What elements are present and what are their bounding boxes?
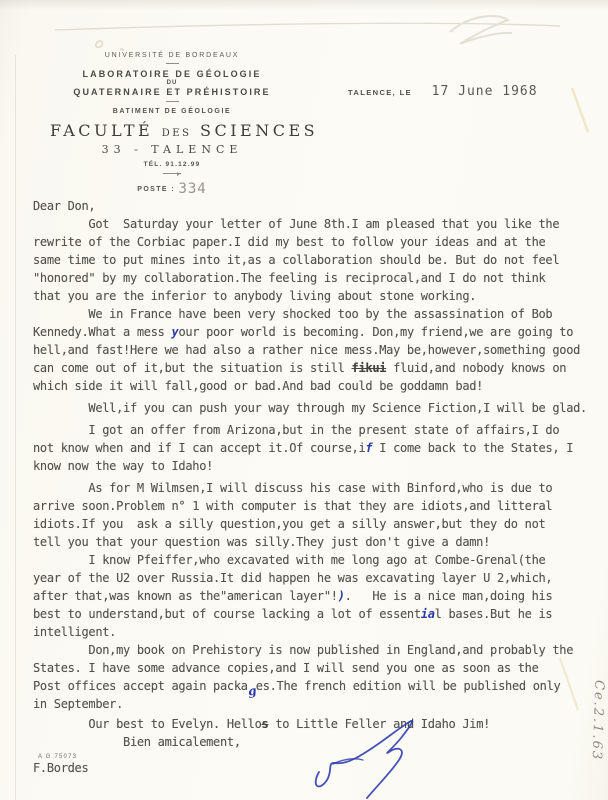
letter-paragraph: Got Saturday your letter of June 8th.I a…: [33, 215, 599, 305]
letter-line: Kennedy.What a mess your poor world is b…: [33, 323, 599, 341]
typed-text: after that,was known as the"american lay…: [33, 589, 338, 603]
dateline-date: 17 June 1968: [432, 84, 538, 99]
letter-line: "honored" by my collaboration.The feelin…: [33, 269, 599, 287]
letter-line: Don,my book on Prehistory is now publish…: [33, 641, 599, 659]
letter-line: hell,and fast!Here we had also a rather …: [33, 341, 599, 359]
letter-line: intelligent.: [33, 623, 599, 641]
typed-text: same time to put mines into it,as a coll…: [33, 253, 559, 267]
typed-text: Don,my book on Prehistory is now publish…: [33, 643, 573, 657]
letterhead-arrow-ornament: [163, 173, 181, 174]
letter-line: Got Saturday your letter of June 8th.I a…: [33, 215, 599, 233]
typed-text: rewrite of the Corbiac paper.I did my be…: [33, 235, 545, 249]
letter-line: Post offices accept again packages.The f…: [33, 677, 599, 695]
letter-line: best to understand,but of course lacking…: [33, 605, 599, 623]
letter-line: As for M Wilmsen,I will discuss his case…: [33, 479, 599, 497]
typed-text: Bien amicalement,: [33, 735, 241, 749]
typed-text: Dear Don,: [33, 199, 95, 213]
letter-body: Dear Don, Got Saturday your letter of Ju…: [33, 197, 599, 777]
letter-line: Well,if you can push your way through my…: [33, 399, 599, 417]
typed-text: can come out of it,but the situation is …: [33, 361, 352, 375]
letterhead-lab-line2: QUATERNAIRE ET PRÉHISTOIRE: [50, 87, 294, 97]
letter-paragraph: As for M Wilmsen,I will discuss his case…: [33, 479, 599, 551]
typed-text: We in France have been very shocked too …: [33, 307, 552, 321]
typed-text: I come back to the States, I: [372, 441, 573, 455]
typed-text: best to understand,but of course lacking…: [33, 607, 421, 621]
letterhead-poste: POSTE : 334: [50, 181, 294, 197]
letterhead-lab-line1: LABORATOIRE DE GÉOLOGIE: [50, 69, 294, 79]
letterhead: UNIVERSITÉ DE BORDEAUX LABORATOIRE DE GÉ…: [50, 52, 294, 197]
archive-mark: Ce.2.1.63: [589, 680, 607, 762]
typed-text: Got Saturday your letter of June 8th.I a…: [33, 217, 559, 231]
typed-text: "honored" by my collaboration.The feelin…: [33, 271, 545, 285]
letter-line: year of the U2 over Russia.It did happen…: [33, 569, 599, 587]
letter-paragraph: I know Pfeiffer,who excavated with me lo…: [33, 551, 599, 641]
letter-line: Dear Don,: [33, 197, 599, 215]
letter-line: can come out of it,but the situation is …: [33, 359, 599, 377]
letter-line: I know Pfeiffer,who excavated with me lo…: [33, 551, 599, 569]
ink-correction: ): [338, 589, 345, 603]
letter-paragraph: Don,my book on Prehistory is now publish…: [33, 641, 599, 713]
poste-label: POSTE :: [137, 186, 175, 193]
letter-paragraph: We in France have been very shocked too …: [33, 305, 599, 395]
typed-text: I got an offer from Arizona,but in the p…: [33, 423, 559, 437]
letter-line: tell you that your question was silly.Th…: [33, 533, 599, 551]
typed-text: hell,and fast!Here we had also a rather …: [33, 343, 580, 357]
typed-text: year of the U2 over Russia.It did happen…: [33, 571, 552, 585]
faculty-word-2: DES: [162, 128, 192, 139]
letterhead-faculty: FACULTÉ DES SCIENCES: [50, 121, 294, 140]
typed-text: States. I have some advance copies,and I…: [33, 661, 539, 675]
letterhead-tel: TÉL. 91.12.99: [50, 161, 294, 168]
typed-text: es.The french edition will be published …: [256, 679, 561, 693]
letter-line: know now the way to Idaho!: [33, 457, 599, 475]
letter-line: States. I have some advance copies,and I…: [33, 659, 599, 677]
printer-code: A G 75073: [38, 754, 77, 760]
struck-text: fikui: [352, 361, 387, 375]
letterhead-university: UNIVERSITÉ DE BORDEAUX: [50, 52, 294, 59]
letter-page: UNIVERSITÉ DE BORDEAUX LABORATOIRE DE GÉ…: [0, 0, 608, 800]
signature-ink: [303, 712, 433, 800]
typed-text: know now the way to Idaho!: [33, 459, 213, 473]
typed-text: . He is a nice man,doing his: [345, 589, 553, 603]
letter-paragraph: Well,if you can push your way through my…: [33, 399, 599, 417]
letter-paragraph: Dear Don,: [33, 197, 599, 215]
typed-text: not know when and if I can accept it.Of …: [33, 441, 365, 455]
letter-line: I got an offer from Arizona,but in the p…: [33, 421, 599, 439]
typed-text: idiots.If you ask a silly question,you g…: [33, 517, 545, 531]
letterhead-lab-du: DU: [50, 80, 294, 86]
typed-text: arrive soon.Problem n° 1 with computer i…: [33, 499, 552, 513]
letter-line: We in France have been very shocked too …: [33, 305, 599, 323]
typed-text: our poor world is becoming. Don,my frien…: [178, 325, 573, 339]
poste-number: 334: [178, 181, 206, 197]
typed-text: which side it will fall,good or bad.And …: [33, 379, 483, 393]
letterhead-building: BATIMENT DE GÉOLOGIE: [50, 108, 294, 115]
ink-correction: ia: [421, 607, 435, 621]
typed-text: Post offices accept again packa: [33, 679, 248, 693]
letter-line: after that,was known as the"american lay…: [33, 587, 599, 605]
letterhead-divider: [166, 101, 179, 102]
typed-text: fluid,and nobody knows on: [386, 361, 566, 375]
typed-text: F.Bordes: [33, 761, 88, 775]
letter-line: idiots.If you ask a silly question,you g…: [33, 515, 599, 533]
typed-text: Well,if you can push your way through my…: [33, 401, 587, 415]
letter-line: that you are the inferior to anybody liv…: [33, 287, 599, 305]
letter-line: arrive soon.Problem n° 1 with computer i…: [33, 497, 599, 515]
letterhead-city: 33 - TALENCE: [50, 143, 294, 156]
typed-text: I know Pfeiffer,who excavated with me lo…: [33, 553, 545, 567]
dateline: TALENCE, LE 17 June 1968: [348, 80, 538, 99]
typed-text: Our best to Evelyn. Hello: [33, 717, 262, 731]
typed-text: As for M Wilmsen,I will discuss his case…: [33, 481, 552, 495]
letter-line: which side it will fall,good or bad.And …: [33, 377, 599, 395]
typed-text: in September.: [33, 697, 123, 711]
faculty-word-1: FACULTÉ: [50, 121, 153, 140]
letter-line: rewrite of the Corbiac paper.I did my be…: [33, 233, 599, 251]
letter-paragraph: I got an offer from Arizona,but in the p…: [33, 421, 599, 475]
letter-line: same time to put mines into it,as a coll…: [33, 251, 599, 269]
faculty-word-3: SCIENCES: [200, 121, 318, 140]
letter-line: not know when and if I can accept it.Of …: [33, 439, 599, 457]
typed-text: tell you that your question was silly.Th…: [33, 535, 490, 549]
typed-text: l bases.But he is: [435, 607, 553, 621]
typed-text: intelligent.: [33, 625, 116, 639]
letterhead-divider: [166, 63, 179, 64]
typed-text: that you are the inferior to anybody liv…: [33, 289, 476, 303]
typed-text: Kennedy.What a mess: [33, 325, 172, 339]
dateline-place: TALENCE, LE: [348, 88, 412, 97]
letter-line: in September.: [33, 695, 599, 713]
